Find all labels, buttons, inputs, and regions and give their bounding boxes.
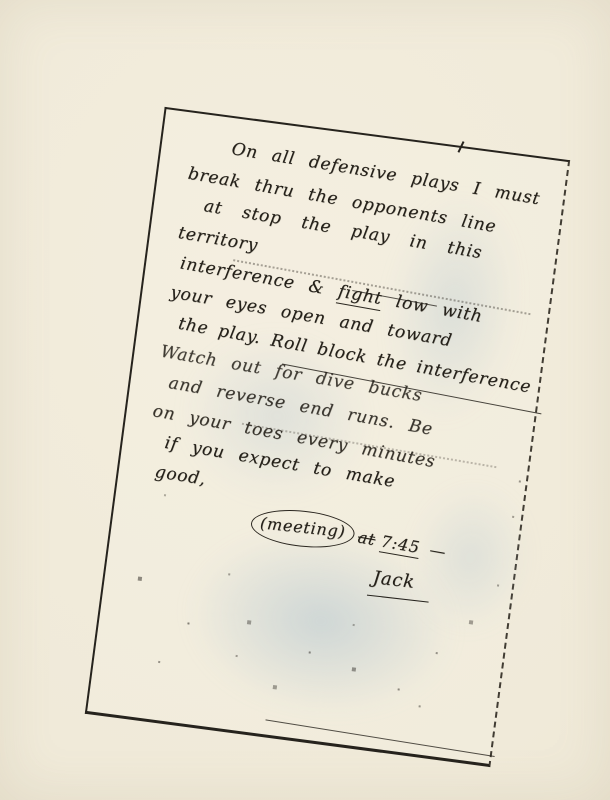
doubled-border-stroke xyxy=(265,719,494,757)
scanned-page: On all defensive plays I must break thru… xyxy=(0,0,610,800)
photocopied-note: On all defensive plays I must break thru… xyxy=(85,107,570,767)
handwriting-block: On all defensive plays I must break thru… xyxy=(133,128,592,616)
signature-name: Jack xyxy=(367,563,432,603)
edge-tick-mark xyxy=(458,141,465,153)
meeting-dash: — xyxy=(428,540,448,562)
meeting-struck-word: at xyxy=(356,528,377,550)
meeting-time: 7:45 xyxy=(379,532,421,559)
ink-speckles xyxy=(166,109,168,111)
